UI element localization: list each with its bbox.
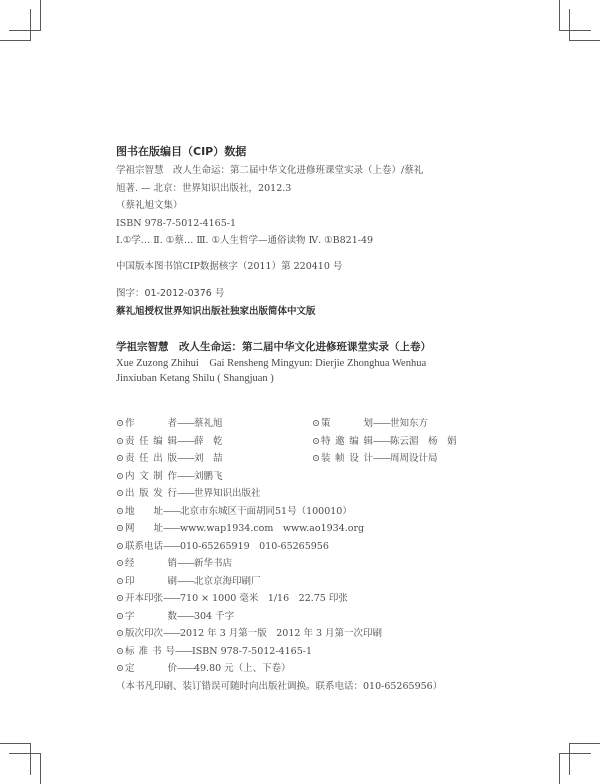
credit-value: 新华书店 [194, 555, 232, 573]
credit-left: ⊙地 址——北京市东城区干面胡同51号（100010） [116, 503, 312, 521]
credit-row: ⊙责任出版——刘 喆⊙装帧设计——周周设计局 [116, 450, 536, 468]
credit-row: ⊙经 销——新华书店 [116, 555, 536, 573]
credit-left: ⊙印 刷——北京京海印刷厂 [116, 573, 312, 591]
credit-left: ⊙字 数——304 千字 [116, 608, 312, 626]
credit-left: ⊙责任出版——刘 喆 [116, 450, 312, 468]
credit-label: 定 价 [125, 660, 177, 678]
credit-value: 北京京海印刷厂 [194, 573, 261, 591]
license-statement: 蔡礼旭授权世界知识出版社独家出版简体中文版 [116, 303, 516, 321]
credit-right [312, 660, 532, 678]
bullet-icon: ⊙ [116, 415, 124, 433]
cip-line: Ⅰ.①学… Ⅱ. ①蔡… Ⅲ. ①人生哲学—通俗读物 Ⅳ. ①B821-49 [116, 232, 516, 250]
credit-value: 49.80 元（上、下卷） [194, 660, 291, 678]
dash-separator: —— [163, 625, 180, 643]
credit-value: 010-65265919 010-65265956 [180, 538, 329, 556]
dash-separator: —— [163, 538, 180, 556]
cip-line: 学祖宗智慧 改人生命运：第二届中华文化进修班课堂实录（上卷）/蔡礼 [116, 162, 516, 180]
credit-label: 出版发行 [125, 485, 177, 503]
book-title-cn: 学祖宗智慧 改人生命运：第二届中华文化进修班课堂实录（上卷） [116, 338, 516, 356]
credit-value: 蔡礼旭 [194, 415, 223, 433]
credit-value: 刘 喆 [194, 450, 223, 468]
dash-separator: —— [373, 450, 390, 468]
credit-right [312, 555, 532, 573]
credit-row: ⊙出版发行——世界知识出版社 [116, 485, 536, 503]
credit-right [312, 503, 532, 521]
dash-separator: —— [177, 573, 194, 591]
credit-label: 责任编辑 [125, 433, 177, 451]
credit-left: ⊙联系电话——010-65265919 010-65265956 [116, 538, 312, 556]
credit-label: 标准书号 [125, 643, 175, 661]
credit-right [312, 590, 532, 608]
credit-left: ⊙内文制作——刘鹏飞 [116, 468, 312, 486]
bullet-icon: ⊙ [116, 608, 124, 626]
bullet-icon: ⊙ [116, 433, 124, 451]
dash-separator: —— [177, 433, 194, 451]
cip-line: （蔡礼旭文集） [116, 197, 516, 215]
cip-title: 图书在版编目（CIP）数据 [116, 142, 516, 162]
credit-right [312, 468, 532, 486]
credit-row: ⊙内文制作——刘鹏飞 [116, 468, 536, 486]
credit-label: 装帧设计 [321, 450, 373, 468]
credit-right [312, 573, 532, 591]
bullet-icon: ⊙ [116, 468, 124, 486]
bullet-icon: ⊙ [116, 450, 124, 468]
book-title-en-line2: Jinxiuban Ketang Shilu ( Shangjuan ) [116, 371, 516, 386]
dash-separator: —— [177, 608, 194, 626]
credit-right [312, 643, 532, 661]
credit-label: 策 划 [321, 415, 373, 433]
credit-right [312, 625, 532, 643]
credit-right [312, 608, 532, 626]
credit-label: 内文制作 [125, 468, 177, 486]
dash-separator: —— [177, 485, 194, 503]
credit-label: 网 址 [125, 520, 163, 538]
credit-left: ⊙开本印张——710 × 1000 毫米 1/16 22.75 印张 [116, 590, 312, 608]
dash-separator: —— [163, 590, 180, 608]
credit-value: ISBN 978-7-5012-4165-1 [192, 643, 312, 661]
credit-label: 字 数 [125, 608, 177, 626]
dash-separator: —— [177, 415, 194, 433]
credit-value: 刘鹏飞 [194, 468, 223, 486]
book-title-en-line1: Xue Zuzong Zhihui Gai Rensheng Mingyun: … [116, 356, 516, 371]
bullet-icon: ⊙ [116, 503, 124, 521]
credits-list: ⊙作 者——蔡礼旭⊙策 划——世知东方⊙责任编辑——薛 乾⊙特邀编辑——陈云湄 … [116, 415, 536, 695]
credit-left: ⊙标准书号——ISBN 978-7-5012-4165-1 [116, 643, 312, 661]
credit-row: ⊙责任编辑——薛 乾⊙特邀编辑——陈云湄 杨 娟 [116, 433, 536, 451]
credit-row: ⊙定 价——49.80 元（上、下卷） [116, 660, 536, 678]
bullet-icon: ⊙ [116, 573, 124, 591]
bullet-icon: ⊙ [116, 625, 124, 643]
credit-value: 304 千字 [194, 608, 234, 626]
credit-row: ⊙印 刷——北京京海印刷厂 [116, 573, 536, 591]
errata-note: （本书凡印刷、装订错误可随时向出版社调换。联系电话：010-65265956） [116, 678, 536, 696]
cip-line: ISBN 978-7-5012-4165-1 [116, 215, 516, 233]
dash-separator: —— [163, 520, 180, 538]
copyright-page: 图书在版编目（CIP）数据 学祖宗智慧 改人生命运：第二届中华文化进修班课堂实录… [116, 142, 516, 386]
credit-value: 陈云湄 杨 娟 [390, 433, 457, 451]
credit-right [312, 520, 532, 538]
credit-row: ⊙联系电话——010-65265919 010-65265956 [116, 538, 536, 556]
dash-separator: —— [373, 433, 390, 451]
dash-separator: —— [177, 450, 194, 468]
bullet-icon: ⊙ [116, 590, 124, 608]
credit-value: 世知东方 [390, 415, 428, 433]
credit-right: ⊙特邀编辑——陈云湄 杨 娟 [312, 433, 532, 451]
dash-separator: —— [163, 503, 180, 521]
credit-row: ⊙作 者——蔡礼旭⊙策 划——世知东方 [116, 415, 536, 433]
bullet-icon: ⊙ [116, 555, 124, 573]
credit-row: ⊙网 址——www.wap1934.com www.ao1934.org [116, 520, 536, 538]
credit-value: 薛 乾 [194, 433, 223, 451]
bullet-icon: ⊙ [312, 415, 320, 433]
credit-right [312, 538, 532, 556]
credit-row: ⊙版次印次——2012 年 3 月第一版 2012 年 3 月第一次印刷 [116, 625, 536, 643]
credit-left: ⊙网 址——www.wap1934.com www.ao1934.org [116, 520, 312, 538]
credit-label: 作 者 [125, 415, 177, 433]
credit-left: ⊙作 者——蔡礼旭 [116, 415, 312, 433]
credit-left: ⊙版次印次——2012 年 3 月第一版 2012 年 3 月第一次印刷 [116, 625, 312, 643]
cip-line: 旭著. — 北京：世界知识出版社，2012.3 [116, 180, 516, 198]
credit-label: 版次印次 [125, 625, 163, 643]
dash-separator: —— [177, 660, 194, 678]
dash-separator: —— [177, 468, 194, 486]
credit-label: 责任出版 [125, 450, 177, 468]
credit-label: 经 销 [125, 555, 177, 573]
bullet-icon: ⊙ [116, 520, 124, 538]
credit-row: ⊙地 址——北京市东城区干面胡同51号（100010） [116, 503, 536, 521]
credit-label: 印 刷 [125, 573, 177, 591]
bullet-icon: ⊙ [116, 538, 124, 556]
credit-left: ⊙责任编辑——薛 乾 [116, 433, 312, 451]
credit-label: 特邀编辑 [321, 433, 373, 451]
credit-left: ⊙出版发行——世界知识出版社 [116, 485, 312, 503]
credit-label: 地 址 [125, 503, 163, 521]
license-number: 图字：01-2012-0376 号 [116, 285, 516, 303]
bullet-icon: ⊙ [312, 433, 320, 451]
bullet-icon: ⊙ [312, 450, 320, 468]
dash-separator: —— [373, 415, 390, 433]
bullet-icon: ⊙ [116, 643, 124, 661]
cip-verification: 中国版本图书馆CIP数据核字（2011）第 220410 号 [116, 258, 516, 276]
credit-left: ⊙经 销——新华书店 [116, 555, 312, 573]
credit-right: ⊙装帧设计——周周设计局 [312, 450, 532, 468]
bullet-icon: ⊙ [116, 485, 124, 503]
credit-row: ⊙字 数——304 千字 [116, 608, 536, 626]
credit-label: 开本印张 [125, 590, 163, 608]
credit-row: ⊙标准书号——ISBN 978-7-5012-4165-1 [116, 643, 536, 661]
credit-value: 世界知识出版社 [194, 485, 261, 503]
dash-separator: —— [177, 555, 194, 573]
credit-right [312, 485, 532, 503]
credit-right: ⊙策 划——世知东方 [312, 415, 532, 433]
credit-row: ⊙开本印张——710 × 1000 毫米 1/16 22.75 印张 [116, 590, 536, 608]
credit-value: 周周设计局 [390, 450, 438, 468]
credit-label: 联系电话 [125, 538, 163, 556]
credit-left: ⊙定 价——49.80 元（上、下卷） [116, 660, 312, 678]
dash-separator: —— [175, 643, 192, 661]
bullet-icon: ⊙ [116, 660, 124, 678]
